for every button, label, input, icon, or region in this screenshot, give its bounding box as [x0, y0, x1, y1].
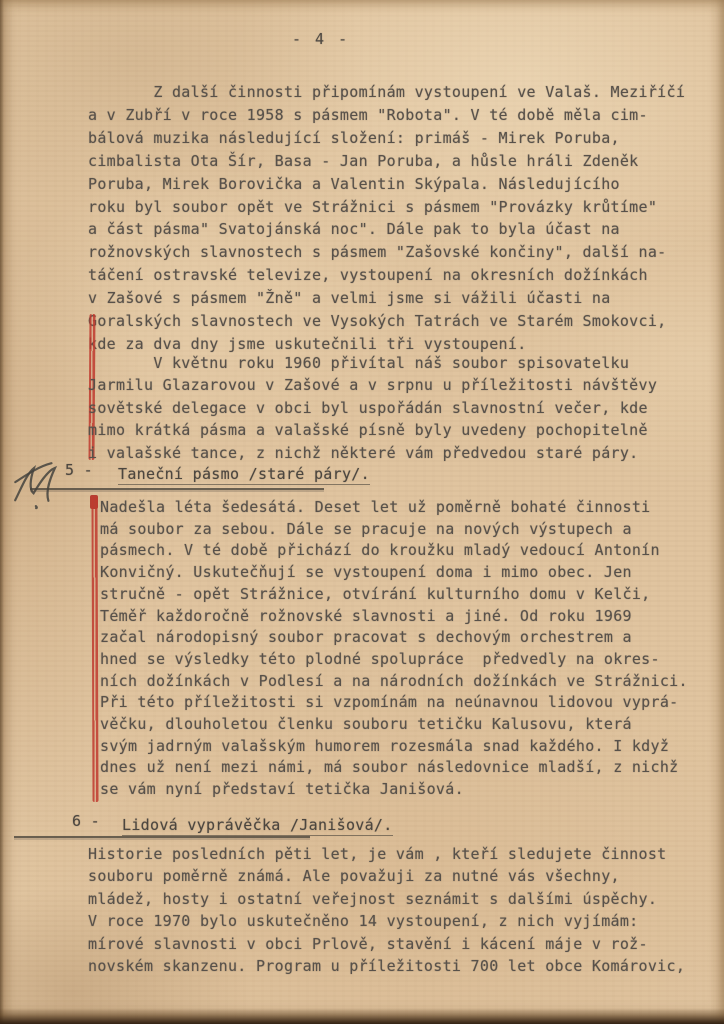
section-5-number: 5 - [65, 461, 93, 479]
section-6-number: 6 - [72, 812, 100, 830]
paragraph-activities-1958: Z další činnosti připomínám vystoupení v… [88, 81, 685, 356]
paragraph-1960-events: V květnu roku 1960 přivítal náš soubor s… [88, 352, 657, 464]
scan-bottom-edge-shadow [0, 1008, 724, 1024]
red-margin-line [91, 496, 98, 802]
paragraph-recent-years: Historie posledních pěti let, je vám , k… [88, 843, 685, 977]
section-6-heading: 6 - Lidová vyprávěčka /Janišová/. [14, 810, 310, 838]
scanned-document-page: - 4 - Z další činnosti připomínám vystou… [0, 0, 724, 1024]
page-number: - 4 - [292, 30, 350, 48]
paragraph-sixties: Nadešla léta šedesátá. Deset let už pomě… [100, 497, 688, 801]
section-5-heading: 5 - Taneční pásmo /staré páry/. [30, 459, 324, 490]
section-5-title: Taneční pásmo /staré páry/. [118, 465, 370, 485]
section-6-title: Lidová vyprávěčka /Janišová/. [122, 816, 393, 836]
scan-left-edge-shadow [0, 0, 4, 1024]
